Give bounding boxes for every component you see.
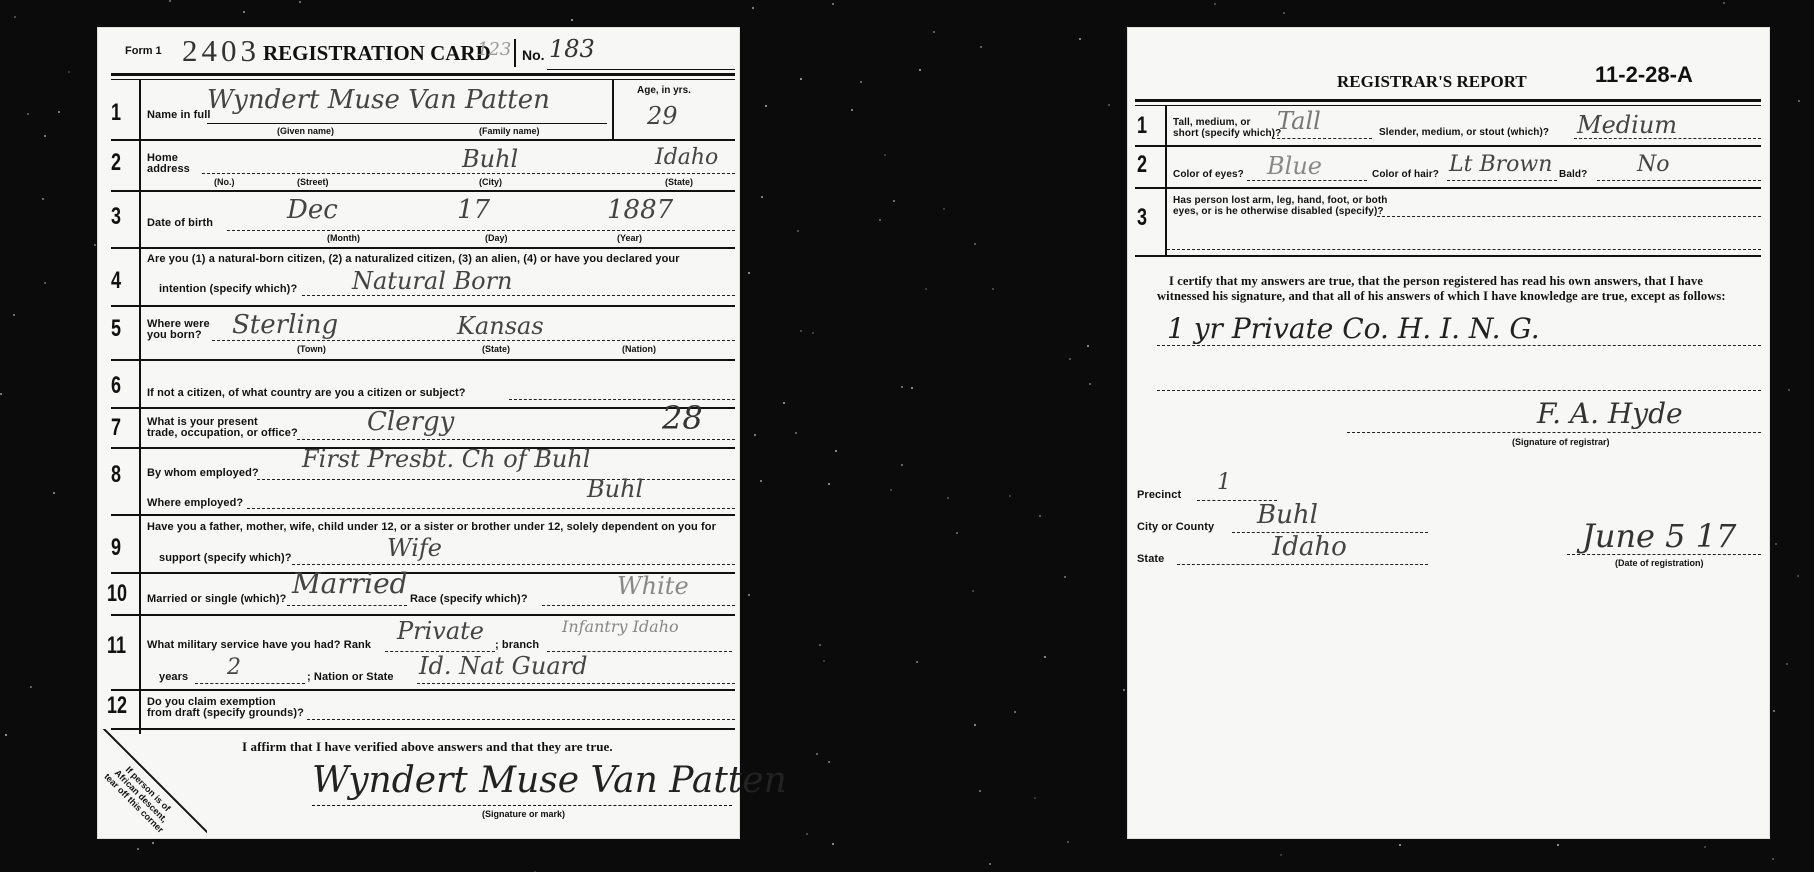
film-speck	[832, 3, 834, 5]
film-speck	[797, 230, 799, 232]
film-speck	[884, 154, 886, 156]
film-speck	[919, 69, 921, 71]
military-rank: Private	[397, 617, 484, 645]
film-speck	[800, 330, 802, 332]
film-speck	[890, 489, 892, 491]
dob-month: Dec	[287, 195, 338, 225]
dependents-label: support (specify which)?	[159, 552, 292, 564]
film-speck	[748, 272, 750, 274]
dob-label: Date of birth	[147, 217, 213, 229]
film-speck	[1214, 3, 1216, 5]
film-speck	[832, 843, 834, 845]
month-sublabel: (Month)	[327, 233, 360, 243]
film-speck	[901, 464, 903, 466]
film-speck	[783, 402, 785, 404]
city-sublabel: (City)	[479, 177, 502, 187]
report-code: 11-2-28-A	[1595, 62, 1693, 88]
town-sublabel: (Town)	[297, 344, 326, 354]
name-label: Name in full	[147, 109, 211, 121]
nation-sublabel: (Nation)	[622, 344, 656, 354]
film-speck	[1557, 844, 1559, 846]
row-number: 10	[107, 580, 127, 608]
citizenship-label: intention (specify which)?	[159, 283, 297, 295]
film-speck	[835, 450, 837, 452]
film-speck	[800, 78, 802, 80]
row-number: 1	[111, 99, 121, 127]
film-speck	[1089, 383, 1091, 385]
film-speck	[1399, 844, 1401, 846]
exemption-label: Do you claim exemptionfrom draft (specif…	[147, 697, 304, 719]
film-speck	[812, 332, 814, 334]
film-speck	[933, 31, 935, 33]
film-speck	[1108, 104, 1110, 106]
film-speck	[1788, 389, 1790, 391]
film-speck	[972, 590, 974, 592]
no-sublabel: (No.)	[214, 177, 235, 187]
film-speck	[1797, 575, 1799, 577]
film-speck	[5, 734, 7, 736]
film-speck	[1798, 100, 1800, 102]
film-speck	[13, 314, 15, 316]
title-annotation: 123	[477, 39, 511, 60]
home-state: Idaho	[655, 145, 718, 170]
street-sublabel: (Street)	[297, 177, 329, 187]
film-speck	[152, 842, 154, 844]
dob-year: 1887	[607, 195, 673, 225]
film-speck	[911, 387, 913, 389]
name-value: Wyndert Muse Van Patten	[207, 85, 550, 115]
build-label: Slender, medium, or stout (which)?	[1379, 127, 1549, 138]
citizenship-value: Natural Born	[352, 267, 513, 295]
age-value: 29	[647, 102, 678, 130]
dependents-value: Wife	[387, 534, 442, 562]
film-speck	[860, 81, 862, 83]
film-speck	[879, 219, 881, 221]
precinct-label: Precinct	[1137, 489, 1181, 501]
film-speck	[943, 208, 945, 210]
film-speck	[980, 46, 982, 48]
film-speck	[14, 16, 16, 18]
row-number: 9	[111, 534, 121, 562]
report-title: REGISTRAR'S REPORT	[1337, 72, 1527, 92]
employer-label: By whom employed?	[147, 467, 259, 479]
marital-value: Married	[292, 567, 408, 600]
military-nation: Id. Nat Guard	[419, 652, 587, 680]
film-speck	[851, 109, 853, 111]
film-speck	[1123, 689, 1125, 691]
film-speck	[1039, 515, 1041, 517]
film-speck	[1069, 358, 1071, 360]
citizenship-question: Are you (1) a natural-born citizen, (2) …	[147, 253, 680, 265]
day-sublabel: (Day)	[485, 233, 508, 243]
registrar-signature-label: (Signature of registrar)	[1512, 437, 1610, 447]
occupation-annotation: 28	[662, 399, 703, 437]
row-number: 7	[111, 414, 121, 442]
bald-label: Bald?	[1559, 169, 1587, 180]
row-number: 2	[1137, 151, 1147, 179]
military-years: 2	[227, 655, 241, 680]
film-speck	[752, 7, 754, 9]
film-speck	[925, 288, 927, 290]
city-county-value: Buhl	[1257, 500, 1318, 530]
occupation-label: What is your presenttrade, occupation, o…	[147, 417, 298, 439]
film-speck	[243, 11, 245, 13]
film-speck	[1280, 854, 1282, 856]
tear-off-corner: If person is of African descent, tear of…	[97, 729, 207, 839]
film-speck	[828, 761, 830, 763]
film-speck	[956, 532, 958, 534]
film-speck	[823, 660, 825, 662]
film-speck	[30, 686, 32, 688]
film-speck	[1772, 858, 1774, 860]
film-speck	[44, 282, 46, 284]
race-label: Race (specify which)?	[410, 593, 528, 605]
form-label: Form 1	[125, 45, 162, 57]
dob-day: 17	[457, 195, 490, 225]
registrar-signature: F. A. Hyde	[1537, 397, 1683, 430]
film-speck	[1064, 576, 1066, 578]
row-number: 8	[111, 461, 121, 489]
film-speck	[1044, 656, 1046, 658]
registration-card: Form 1 2403 REGISTRATION CARD 123 No. 18…	[97, 27, 740, 839]
film-speck	[1067, 841, 1069, 843]
film-speck	[68, 71, 70, 73]
state-value: Idaho	[1272, 532, 1347, 562]
military-label: What military service have you had? Rank	[147, 639, 371, 651]
build-value: Medium	[1577, 111, 1677, 139]
card-title: REGISTRATION CARD	[263, 41, 491, 66]
film-speck	[1775, 543, 1777, 545]
row-number: 2	[111, 149, 121, 177]
row-number: 12	[107, 692, 127, 720]
film-speck	[0, 393, 2, 395]
film-speck	[754, 434, 756, 436]
film-speck	[169, 0, 171, 2]
row-number: 6	[111, 372, 121, 400]
row-number: 1	[1137, 112, 1147, 140]
film-speck	[137, 848, 139, 850]
precinct-value: 1	[1217, 470, 1231, 495]
state-sublabel: (State)	[482, 344, 510, 354]
employment-place-label: Where employed?	[147, 497, 243, 509]
film-speck	[1704, 846, 1706, 848]
registrant-signature: Wyndert Muse Van Patten	[312, 760, 787, 801]
signature-label: (Signature or mark)	[482, 809, 565, 819]
year-sublabel: (Year)	[617, 233, 642, 243]
city-county-label: City or County	[1137, 521, 1214, 533]
family-name-sublabel: (Family name)	[479, 126, 540, 136]
state-sublabel: (State)	[665, 177, 693, 187]
home-city: Buhl	[462, 145, 518, 173]
film-speck	[27, 113, 29, 115]
film-speck	[1014, 711, 1016, 713]
film-speck	[53, 492, 55, 494]
employment-place-value: Buhl	[587, 475, 643, 503]
film-speck	[816, 753, 818, 755]
film-speck	[1723, 2, 1725, 4]
hair-color-value: Lt Brown	[1449, 152, 1552, 177]
no-value: 183	[549, 35, 595, 63]
film-speck	[901, 386, 903, 388]
film-speck	[761, 196, 763, 198]
row-number: 11	[107, 632, 126, 660]
film-speck	[974, 243, 976, 245]
given-name-sublabel: (Given name)	[277, 126, 334, 136]
registration-date-label: (Date of registration)	[1615, 558, 1704, 568]
film-speck	[974, 724, 976, 726]
film-speck	[979, 790, 981, 792]
serial-number: 2403	[182, 33, 260, 69]
film-speck	[760, 480, 762, 482]
row-number: 4	[111, 267, 121, 295]
film-speck	[748, 594, 750, 596]
height-label: Tall, medium, orshort (specify which)?	[1173, 117, 1281, 139]
hair-color-label: Color of hair?	[1372, 169, 1439, 180]
film-speck	[571, 19, 573, 21]
film-speck	[1786, 663, 1788, 665]
birth-state: Kansas	[457, 312, 544, 340]
film-speck	[765, 105, 767, 107]
nation-label: ; Nation or State	[307, 671, 394, 683]
employer-value: First Presbt. Ch of Buhl	[302, 445, 590, 473]
film-speck	[1283, 12, 1285, 14]
film-speck	[806, 833, 808, 835]
film-speck	[42, 198, 44, 200]
film-speck	[1773, 710, 1775, 712]
eye-color-value: Blue	[1267, 152, 1322, 180]
film-speck	[1034, 797, 1036, 799]
occupation-value: Clergy	[367, 407, 454, 437]
marital-label: Married or single (which)?	[147, 593, 287, 605]
film-speck	[1009, 495, 1011, 497]
film-speck	[916, 661, 918, 663]
row-number: 3	[111, 203, 121, 231]
age-label: Age, in yrs.	[637, 85, 691, 96]
state-label: State	[1137, 553, 1164, 565]
film-speck	[44, 135, 46, 137]
home-address-label: Homeaddress	[147, 153, 190, 175]
film-speck	[819, 644, 821, 646]
height-value: Tall	[1277, 107, 1321, 135]
disability-label: Has person lost arm, leg, hand, foot, or…	[1173, 195, 1388, 217]
years-label: years	[159, 671, 188, 683]
film-speck	[299, 1, 301, 3]
corner-note: If person is of African descent, tear of…	[102, 757, 180, 835]
branch-label: ; branch	[495, 639, 539, 651]
film-speck	[989, 863, 991, 865]
row-number: 5	[111, 315, 121, 343]
film-speck	[1079, 38, 1081, 40]
film-speck	[893, 200, 895, 202]
affirmation-text: I affirm that I have verified above answ…	[242, 739, 613, 755]
birth-town: Sterling	[232, 310, 338, 340]
film-speck	[992, 288, 994, 290]
no-label: No.	[522, 47, 545, 63]
certification-text: I certify that my answers are true, that…	[1157, 274, 1737, 304]
registration-date-value: June 5 17	[1582, 517, 1736, 555]
bald-value: No	[1637, 152, 1670, 177]
race-value: White	[617, 572, 689, 600]
film-speck	[58, 111, 60, 113]
registrars-report-card: REGISTRAR'S REPORT 11-2-28-A 1 Tall, med…	[1127, 27, 1770, 839]
birthplace-label: Where wereyou born?	[147, 319, 210, 341]
row-number: 3	[1137, 204, 1147, 232]
military-branch: Infantry Idaho	[562, 617, 679, 636]
film-speck	[947, 497, 949, 499]
film-speck	[1087, 345, 1089, 347]
foreign-citizen-label: If not a citizen, of what country are yo…	[147, 387, 466, 399]
eye-color-label: Color of eyes?	[1173, 169, 1244, 180]
exception-value: 1 yr Private Co. H. I. N. G.	[1167, 312, 1540, 345]
film-speck	[828, 483, 830, 485]
film-speck	[795, 432, 797, 434]
dependents-question: Have you a father, mother, wife, child u…	[147, 521, 716, 533]
